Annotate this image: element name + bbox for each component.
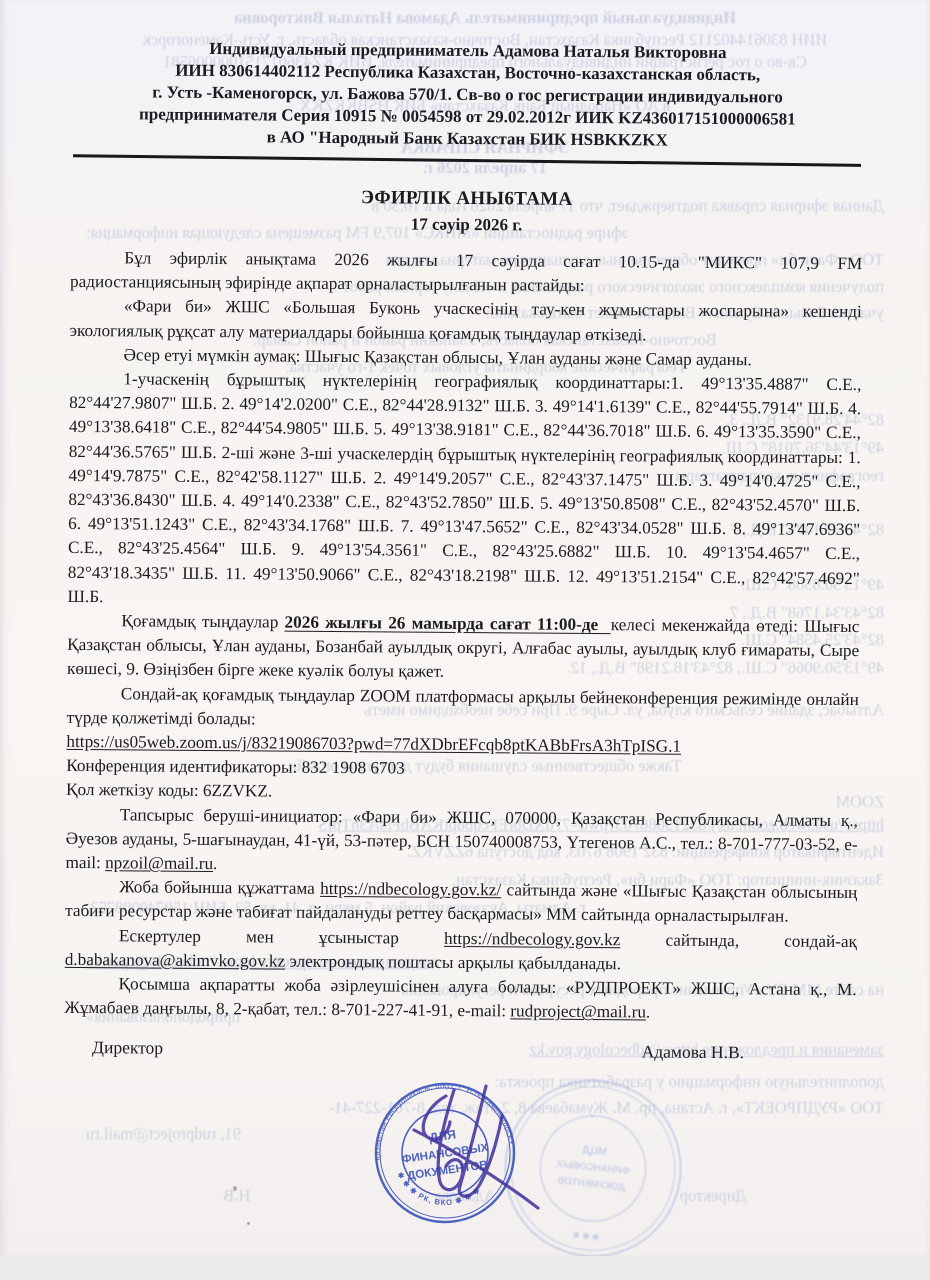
document-content: Индивидуальный предприниматель Адамова Н…: [0, 0, 930, 1064]
hearing-datetime-emphasis: 2026 жылғы 26 мамырда сағат 11:00-де: [285, 613, 611, 635]
handwritten-signature: [388, 1082, 568, 1217]
paragraph-developer-contact: Қосымша ақпаратты жоба әзірлеушісінен ал…: [64, 972, 856, 1027]
page-background: Индивидуальный предприниматель Адамова Н…: [0, 0, 930, 1256]
paragraph-comments: Ескертулер мен ұсыныстар https://ndbecol…: [65, 924, 857, 979]
document-body: Бұл эфирлік анықтама 2026 жылғы 17 сәуір…: [64, 246, 862, 1027]
text-segment: Жоба бойынша құжаттама: [119, 878, 320, 899]
letterhead: Индивидуальный предприниматель Адамова Н…: [57, 37, 878, 153]
svg-text:✱ ✱ ✱: ✱ ✱ ✱: [571, 1230, 599, 1243]
ink-speck: [233, 1186, 237, 1191]
paragraph-hearings-announcement: «Фари би» ЖШС «Большая Буконь учаскесіні…: [70, 294, 862, 349]
paragraph-initiator: Тапсырыс беруші-инициатор: «Фари би» ЖШС…: [65, 803, 858, 882]
paragraph-broadcast-confirmation: Бұл эфирлік анықтама 2026 жылғы 17 сәуір…: [70, 246, 862, 301]
signer-name: Адамова Н.В.: [642, 1041, 857, 1064]
signature-row: Директор Адамова Н.В.: [64, 1036, 856, 1063]
paragraph-documentation: Жоба бойынша құжаттама https://ndbecolog…: [65, 875, 857, 930]
paragraph-zoom-availability: Сондай-ақ қоғамдық тыңдаулар ZOOM платфо…: [67, 682, 859, 737]
text-segment: Қосымша ақпаратты жоба әзірлеушісінен ал…: [64, 974, 856, 1020]
ink-speck: [247, 1222, 250, 1225]
ecology-site-link: https://ndbecology.gov.kz/: [320, 879, 501, 899]
text-segment: сайтында, сондай-ақ: [620, 930, 857, 951]
divider-line: [73, 154, 861, 167]
text-segment: .: [646, 1003, 650, 1022]
document-date: 17 сәуір 2026 г.: [1, 211, 930, 238]
text-segment: Ескертулер мен ұсыныстар: [119, 926, 444, 948]
developer-email-link: rudproject@mail.ru: [510, 1002, 646, 1022]
svg-text:МЦД: МЦД: [582, 1144, 608, 1159]
text-segment: .: [213, 854, 217, 873]
scanned-document-screenshot: { "page": { "header": { "lines": [ "Инди…: [0, 0, 930, 1280]
paragraph-coordinates: 1-учаскенің бұрыштық нүктелерінің геогра…: [68, 367, 862, 615]
initiator-email-link: npzoil@mail.ru: [105, 853, 213, 873]
text-segment: Қоғамдық тыңдаулар: [121, 611, 284, 631]
text-segment: электрондық поштасы арқылы қабылданады.: [285, 951, 621, 973]
document-title: ЭФИРЛІК АНЫ6ТАМА: [2, 184, 930, 213]
paragraph-hearing-date-place: Қоғамдық тыңдаулар 2026 жылғы 26 мамырда…: [67, 609, 860, 688]
akimvko-email-link: d.babakanova@akimvko.gov.kz: [65, 950, 286, 971]
signer-role: Директор: [64, 1036, 163, 1058]
ecology-site-link: https://ndbecology.gov.kz: [444, 929, 620, 949]
